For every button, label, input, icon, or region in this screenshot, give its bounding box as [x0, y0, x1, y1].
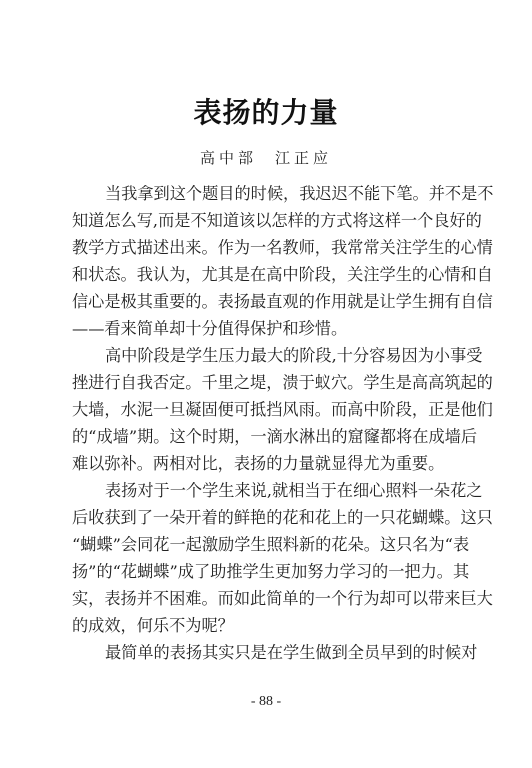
text-line: 挫进行自我否定。千里之堤，溃于蚁穴。学生是高高筑起的 [72, 369, 462, 396]
article-title: 表扬的力量 [0, 91, 532, 131]
text-line: 的成效，何乐不为呢？ [72, 612, 462, 639]
text-line: 实，表扬并不困难。而如此简单的一个行为却可以带来巨大 [72, 585, 462, 612]
text-line: 表扬对于一个学生来说,就相当于在细心照料一朵花之 [72, 477, 462, 504]
text-line: ——看来简单却十分值得保护和珍惜。 [72, 315, 462, 342]
author-line: 高中部江正应 [0, 147, 532, 168]
text-line: 和状态。我认为，尤其是在高中阶段，关注学生的心情和自 [72, 261, 462, 288]
text-line: 大墙，水泥一旦凝固便可抵挡风雨。而高中阶段，正是他们 [72, 396, 462, 423]
text-line: “蝴蝶”会同花一起激励学生照料新的花朵。这只名为“表 [72, 531, 462, 558]
article-body: 当我拿到这个题目的时候，我迟迟不能下笔。并不是不 知道怎么写,而是不知道该以怎样… [72, 180, 462, 666]
text-line: 扬”的“花蝴蝶”成了助推学生更加努力学习的一把力。其 [72, 558, 462, 585]
author-name: 江正应 [275, 149, 332, 167]
text-line: 信心是极其重要的。表扬最直观的作用就是让学生拥有自信 [72, 288, 462, 315]
text-line: 后收获到了一朵开着的鲜艳的花和花上的一只花蝴蝶。这只 [72, 504, 462, 531]
text-line: 最简单的表扬其实只是在学生做到全员早到的时候对 [72, 639, 462, 666]
text-line: 当我拿到这个题目的时候，我迟迟不能下笔。并不是不 [72, 180, 462, 207]
text-line: 的“成墙”期。这个时期，一滴水淋出的窟窿都将在成墙后 [72, 423, 462, 450]
text-line: 教学方式描述出来。作为一名教师，我常常关注学生的心情 [72, 234, 462, 261]
author-department: 高中部 [200, 149, 257, 167]
text-line: 高中阶段是学生压力最大的阶段,十分容易因为小事受 [72, 342, 462, 369]
page-number: - 88 - [0, 694, 532, 710]
text-line: 难以弥补。两相对比，表扬的力量就显得尤为重要。 [72, 450, 462, 477]
text-line: 知道怎么写,而是不知道该以怎样的方式将这样一个良好的 [72, 207, 462, 234]
